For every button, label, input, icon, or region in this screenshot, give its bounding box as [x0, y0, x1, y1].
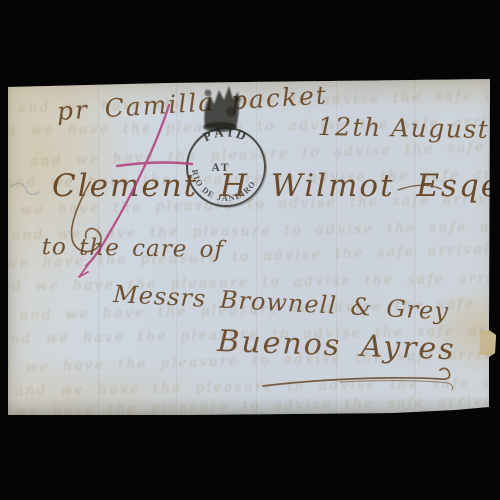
date-line: 12th August —	[317, 112, 500, 145]
addressee-line: Clement H Wilmot Esqe	[52, 168, 500, 204]
folded-letter-sheet: and we have the pleasure to advise the s…	[8, 79, 498, 415]
photo-of-postal-cover: and we have the pleasure to advise the s…	[0, 0, 500, 500]
care-of-line: to the care of	[42, 234, 225, 263]
letter-front-face: and we have the pleasure to advise the s…	[0, 0, 500, 500]
